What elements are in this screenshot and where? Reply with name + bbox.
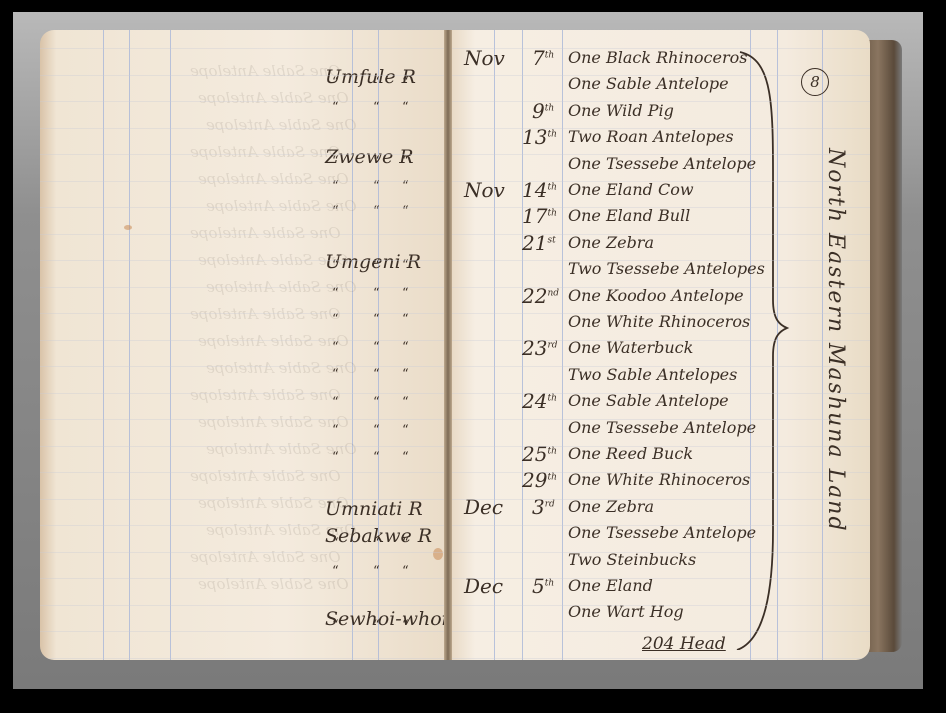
ditto-mark: “: [373, 340, 380, 355]
ditto-mark: “: [402, 154, 409, 169]
margin-note: North Eastern Mashuna Land: [823, 148, 848, 533]
bleed-through-text: One Sable Antelope: [206, 440, 357, 458]
ditto-mark: “: [373, 423, 380, 438]
ditto-mark: “: [373, 286, 380, 301]
open-notebook: Umfule RZwewe RUmgeni RUmniati RSebakwe …: [40, 30, 890, 664]
kill-entry: Two Roan Antelopes: [568, 127, 734, 146]
ruled-line: [40, 578, 448, 579]
ruled-line: [40, 472, 448, 473]
ruled-line: [450, 578, 870, 579]
bleed-through-text: One Sable Antelope: [198, 494, 349, 512]
ditto-mark: “: [373, 154, 380, 169]
kill-entry: One White Rhinoceros: [568, 470, 750, 489]
book-gutter: [444, 30, 452, 660]
ordinal-suffix: nd: [547, 288, 559, 298]
ruled-line: [450, 419, 870, 420]
ordinal-suffix: th: [547, 446, 556, 456]
ordinal-suffix: th: [545, 103, 554, 113]
ruled-line: [450, 658, 870, 659]
bleed-through-text: One Sable Antelope: [190, 143, 341, 161]
entry-day: 9th: [532, 99, 554, 123]
ditto-mark: “: [373, 536, 380, 551]
ruled-line: [450, 207, 870, 208]
bleed-through-text: One Sable Antelope: [190, 386, 341, 404]
ruled-line: [450, 446, 870, 447]
bleed-through-text: One Sable Antelope: [206, 359, 357, 377]
ruled-line: [40, 313, 448, 314]
ruled-line: [40, 499, 448, 500]
ruled-line: [40, 658, 448, 659]
ruled-line: [450, 393, 870, 394]
kill-entry: One Tsessebe Antelope: [568, 418, 756, 437]
ruled-line: [40, 393, 448, 394]
kill-entry: One Eland Cow: [568, 180, 694, 199]
kill-entry: One Reed Buck: [568, 444, 693, 463]
bleed-through-text: One Sable Antelope: [206, 116, 357, 134]
ditto-mark: “: [373, 312, 380, 327]
entry-month: Nov: [464, 178, 505, 202]
ditto-mark: “: [373, 75, 380, 90]
ruled-line: [450, 340, 870, 341]
ruled-line: [40, 605, 448, 606]
ordinal-suffix: th: [545, 50, 554, 60]
right-page: Nov7thOne Black RhinocerosOne Sable Ante…: [450, 30, 870, 660]
kill-entry: Two Sable Antelopes: [568, 365, 737, 384]
ditto-mark: “: [373, 450, 380, 465]
kill-entry: One Zebra: [568, 497, 654, 516]
ruled-line: [450, 128, 870, 129]
kill-entry: One Eland Bull: [568, 206, 690, 225]
margin-rule: [562, 30, 563, 660]
page-number: 8: [801, 68, 829, 96]
ruled-line: [40, 366, 448, 367]
ditto-mark: “: [402, 423, 409, 438]
kill-entry: One White Rhinoceros: [568, 312, 750, 331]
kill-entry: One Zebra: [568, 233, 654, 252]
bleed-through-text: One Sable Antelope: [198, 413, 349, 431]
ruled-line: [450, 472, 870, 473]
margin-rule: [103, 30, 104, 660]
ruled-line: [450, 260, 870, 261]
ordinal-suffix: th: [547, 182, 556, 192]
ditto-mark: “: [402, 100, 409, 115]
bleed-through-text: One Sable Antelope: [198, 89, 349, 107]
entry-day: 13th: [522, 125, 557, 149]
kill-entry: One Tsessebe Antelope: [568, 154, 756, 173]
ruled-line: [450, 552, 870, 553]
ordinal-suffix: th: [547, 209, 556, 219]
ditto-mark: “: [402, 450, 409, 465]
kill-entry: One Sable Antelope: [568, 391, 729, 410]
ordinal-suffix: th: [547, 130, 556, 140]
ruled-line: [40, 260, 448, 261]
ditto-mark: “: [402, 286, 409, 301]
margin-rule: [129, 30, 130, 660]
ruled-line: [40, 48, 448, 49]
kill-entry: One Black Rhinoceros: [568, 48, 747, 67]
stain: [124, 225, 132, 230]
ordinal-suffix: st: [547, 235, 555, 245]
ruled-line: [450, 48, 870, 49]
entry-day: 14th: [522, 178, 557, 202]
ruled-line: [450, 101, 870, 102]
ordinal-suffix: th: [547, 394, 556, 404]
ditto-mark: “: [402, 75, 409, 90]
kill-entry: One Tsessebe Antelope: [568, 523, 756, 542]
ruled-line: [40, 340, 448, 341]
ruled-line: [40, 75, 448, 76]
ordinal-suffix: rd: [545, 499, 555, 509]
bleed-through-text: One Sable Antelope: [190, 467, 341, 485]
ordinal-suffix: rd: [547, 341, 557, 351]
bleed-through-text: One Sable Antelope: [190, 305, 341, 323]
entry-day: 7th: [532, 46, 554, 70]
ruled-line: [450, 181, 870, 182]
ditto-mark: “: [373, 100, 380, 115]
ruled-line: [40, 207, 448, 208]
ruled-line: [40, 419, 448, 420]
ditto-mark: “: [373, 367, 380, 382]
kill-entry: One Wild Pig: [568, 101, 674, 120]
ruled-line: [450, 605, 870, 606]
kill-entry: One Waterbuck: [568, 338, 693, 357]
ruled-line: [450, 234, 870, 235]
bleed-through-text: One Sable Antelope: [206, 521, 357, 539]
ordinal-suffix: th: [545, 578, 554, 588]
ditto-mark: “: [402, 367, 409, 382]
ruled-line: [40, 128, 448, 129]
river-name: Sewhoi-whoi: [325, 608, 448, 630]
ditto-mark: “: [402, 395, 409, 410]
kill-entry: One Sable Antelope: [568, 74, 729, 93]
ditto-mark: “: [373, 564, 380, 579]
stain: [433, 548, 443, 560]
ruled-line: [40, 525, 448, 526]
ruled-line: [450, 525, 870, 526]
bleed-through-text: One Sable Antelope: [198, 170, 349, 188]
ordinal-suffix: th: [547, 473, 556, 483]
ditto-mark: “: [402, 564, 409, 579]
total-count: 204 Head: [642, 634, 726, 654]
ruled-line: [40, 446, 448, 447]
margin-rule: [170, 30, 171, 660]
ruled-line: [450, 366, 870, 367]
ditto-mark: “: [402, 340, 409, 355]
ruled-line: [40, 287, 448, 288]
brace-bracket: [735, 50, 795, 650]
ditto-mark: “: [373, 395, 380, 410]
bleed-through-text: One Sable Antelope: [206, 197, 357, 215]
entry-month: Nov: [464, 46, 505, 70]
ruled-line: [40, 234, 448, 235]
ruled-line: [450, 154, 870, 155]
ruled-line: [450, 287, 870, 288]
bleed-through-text: One Sable Antelope: [198, 332, 349, 350]
left-page: Umfule RZwewe RUmgeni RUmniati RSebakwe …: [40, 30, 448, 660]
ruled-line: [450, 631, 870, 632]
margin-rule: [494, 30, 495, 660]
ditto-mark: “: [402, 312, 409, 327]
ruled-line: [40, 631, 448, 632]
ruled-line: [40, 552, 448, 553]
ditto-mark: “: [402, 536, 409, 551]
ruled-line: [40, 101, 448, 102]
ruled-line: [40, 154, 448, 155]
ruled-line: [450, 313, 870, 314]
bleed-through-text: One Sable Antelope: [190, 62, 341, 80]
ruled-line: [450, 499, 870, 500]
kill-entry: One Koodoo Antelope: [568, 286, 744, 305]
ruled-line: [40, 181, 448, 182]
